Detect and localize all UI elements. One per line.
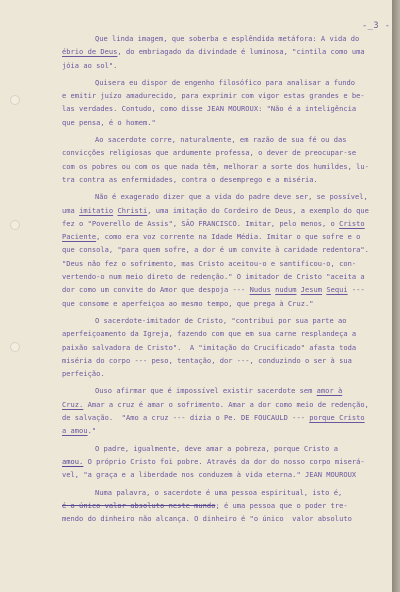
text-line: fez o "Poverello de Assis", SÃO FRANCISC…: [62, 217, 392, 230]
text-line: Numa palavra, o sacerdote é uma pessoa e…: [62, 486, 392, 499]
text-span: que consome e aperfeiçoa ao mesmo tempo,…: [62, 299, 314, 308]
text-line: "Deus não fez o sofrimento, mas Cristo a…: [62, 257, 392, 270]
text-line: aperfeiçoamento da Igreja, fazendo com q…: [62, 327, 392, 340]
underlined-text: Nudus: [250, 285, 271, 294]
text-line: ébrio de Deus, do embriagado da divindad…: [62, 45, 392, 58]
text-line: vertendo-o num meio direto de redenção."…: [62, 270, 392, 283]
text-span: dor como um convite do Amor que despoja …: [62, 285, 250, 294]
page-edge: [392, 0, 400, 592]
underlined-text: a amou: [62, 426, 88, 435]
text-line: com os pobres ou com os que nada têm, me…: [62, 160, 392, 173]
underlined-text: Cruz.: [62, 400, 83, 409]
text-span: ; é uma pessoa que o poder tre-: [215, 501, 347, 510]
struck-text: é o único valor absoluto neste mundo: [62, 501, 215, 510]
text-span: fez o "Poverello de Assis", SÃO FRANCISC…: [62, 219, 339, 228]
text-span: Não é exagerado dizer que a vida do padr…: [95, 192, 368, 201]
text-line: las verdades. Contudo, como disse JEAN M…: [62, 102, 392, 115]
text-line: amou. O próprio Cristo foi pobre. Atravé…: [62, 455, 392, 468]
text-span: O padre, igualmente, deve amar a pobreza…: [95, 444, 338, 453]
paragraph: Quisera eu dispor de engenho filosófico …: [62, 76, 392, 129]
text-line: que pensa, é o homem.": [62, 116, 392, 129]
text-line: que consome e aperfeiçoa ao mesmo tempo,…: [62, 297, 392, 310]
paragraph: Ouso afirmar que é impossível existir sa…: [62, 384, 392, 437]
text-span: Quisera eu dispor de engenho filosófico …: [95, 78, 355, 87]
text-line: Ao sacerdote corre, naturalmente, em raz…: [62, 133, 392, 146]
text-span: paixão salvadora de Cristo". A "imitação…: [62, 343, 356, 352]
text-span: mendo do dinheiro não alcança. O dinheir…: [62, 514, 352, 523]
text-span: que pensa, é o homem.": [62, 118, 156, 127]
underlined-text: Paciente: [62, 232, 96, 241]
text-span: de salvação. "Amo a cruz --- dizia o Pe.…: [62, 413, 309, 422]
text-span: com os pobres ou com os que nada têm, me…: [62, 162, 369, 171]
text-span: , do embriagado da divindade é luminosa,…: [117, 47, 364, 56]
text-span: , uma imitação do Cordeiro de Deus, a ex…: [147, 206, 369, 215]
text-span: convicções religiosas que ardumente prof…: [62, 148, 356, 157]
text-span: O sacerdote-imitador de Cristo, "contrib…: [95, 316, 347, 325]
underlined-text: porque Cristo: [309, 413, 364, 422]
underlined-text: imitatio: [79, 206, 113, 215]
text-line: O sacerdote-imitador de Cristo, "contrib…: [62, 314, 392, 327]
punch-hole: [10, 342, 20, 352]
text-line: que consola, "para quem sofre, a dor é u…: [62, 243, 392, 256]
text-line: a amou.": [62, 424, 392, 437]
text-line: e emitir juízo amadurecido, para exprimi…: [62, 89, 392, 102]
page-number: -_3 -: [362, 21, 390, 31]
text-line: perfeição.: [62, 367, 392, 380]
text-span: O próprio Cristo foi pobre. Através da d…: [83, 457, 364, 466]
text-line: dor como um convite do Amor que despoja …: [62, 283, 392, 296]
typewritten-page: -_3 - Que linda imagem, que soberba e es…: [0, 0, 393, 592]
underlined-text: Jesum: [301, 285, 322, 294]
underlined-text: amor à: [317, 386, 343, 395]
text-span: .": [88, 426, 97, 435]
paragraph: O sacerdote-imitador de Cristo, "contrib…: [62, 314, 392, 380]
text-line: Quisera eu dispor de engenho filosófico …: [62, 76, 392, 89]
paragraph: Numa palavra, o sacerdote é uma pessoa e…: [62, 486, 392, 526]
paragraph: O padre, igualmente, deve amar a pobreza…: [62, 442, 392, 482]
text-line: mendo do dinheiro não alcança. O dinheir…: [62, 512, 392, 525]
text-span: las verdades. Contudo, como disse JEAN M…: [62, 104, 356, 113]
text-line: vel, "a graça e a liberdade nos conduzem…: [62, 468, 392, 481]
underlined-text: Cristo: [339, 219, 365, 228]
text-line: Que linda imagem, que soberba e esplêndi…: [62, 32, 392, 45]
underlined-text: Christi: [117, 206, 147, 215]
text-line: Cruz. Amar a cruz é amar o sofrimento. A…: [62, 398, 392, 411]
text-line: Não é exagerado dizer que a vida do padr…: [62, 190, 392, 203]
text-span: que consola, "para quem sofre, a dor é u…: [62, 245, 369, 254]
text-span: ---: [348, 285, 365, 294]
text-span: uma: [62, 206, 79, 215]
text-span: vel, "a graça e a liberdade nos conduzem…: [62, 470, 356, 479]
text-span: "Deus não fez o sofrimento, mas Cristo a…: [62, 259, 356, 268]
text-line: paixão salvadora de Cristo". A "imitação…: [62, 341, 392, 354]
punch-hole: [10, 220, 20, 230]
text-span: tra contra as enfermidades, contra o des…: [62, 175, 318, 184]
text-span: Ouso afirmar que é impossível existir sa…: [95, 386, 317, 395]
text-line: é o único valor absoluto neste mundo; é …: [62, 499, 392, 512]
text-span: Numa palavra, o sacerdote é uma pessoa e…: [95, 488, 342, 497]
text-span: perfeição.: [62, 369, 105, 378]
paragraph: Ao sacerdote corre, naturalmente, em raz…: [62, 133, 392, 186]
underlined-text: ébrio de Deus: [62, 47, 117, 56]
text-span: , como era voz corrente na Idade Média. …: [96, 232, 360, 241]
text-line: jóia ao sol".: [62, 59, 392, 72]
text-line: uma imitatio Christi, uma imitação do Co…: [62, 204, 392, 217]
paragraph: Não é exagerado dizer que a vida do padr…: [62, 190, 392, 310]
text-line: de salvação. "Amo a cruz --- dizia o Pe.…: [62, 411, 392, 424]
text-line: convicções religiosas que ardumente prof…: [62, 146, 392, 159]
text-span: miséria do corpo --- peso, tentação, dor…: [62, 356, 352, 365]
document-body: Que linda imagem, que soberba e esplêndi…: [62, 32, 392, 529]
punch-hole: [10, 95, 20, 105]
text-span: amou.: [62, 457, 83, 466]
paragraph: Que linda imagem, que soberba e esplêndi…: [62, 32, 392, 72]
text-span: aperfeiçoamento da Igreja, fazendo com q…: [62, 329, 356, 338]
text-line: Paciente, como era voz corrente na Idade…: [62, 230, 392, 243]
text-line: tra contra as enfermidades, contra o des…: [62, 173, 392, 186]
text-span: Ao sacerdote corre, naturalmente, em raz…: [95, 135, 347, 144]
text-span: Que linda imagem, que soberba e esplêndi…: [95, 34, 359, 43]
text-line: O padre, igualmente, deve amar a pobreza…: [62, 442, 392, 455]
text-span: e emitir juízo amadurecido, para exprimi…: [62, 91, 365, 100]
underlined-text: nudum: [275, 285, 296, 294]
text-span: vertendo-o num meio direto de redenção."…: [62, 272, 365, 281]
underlined-text: Sequi: [326, 285, 347, 294]
text-line: miséria do corpo --- peso, tentação, dor…: [62, 354, 392, 367]
text-line: Ouso afirmar que é impossível existir sa…: [62, 384, 392, 397]
text-span: Amar a cruz é amar o sofrimento. Amar a …: [83, 400, 369, 409]
text-span: jóia ao sol".: [62, 61, 117, 70]
